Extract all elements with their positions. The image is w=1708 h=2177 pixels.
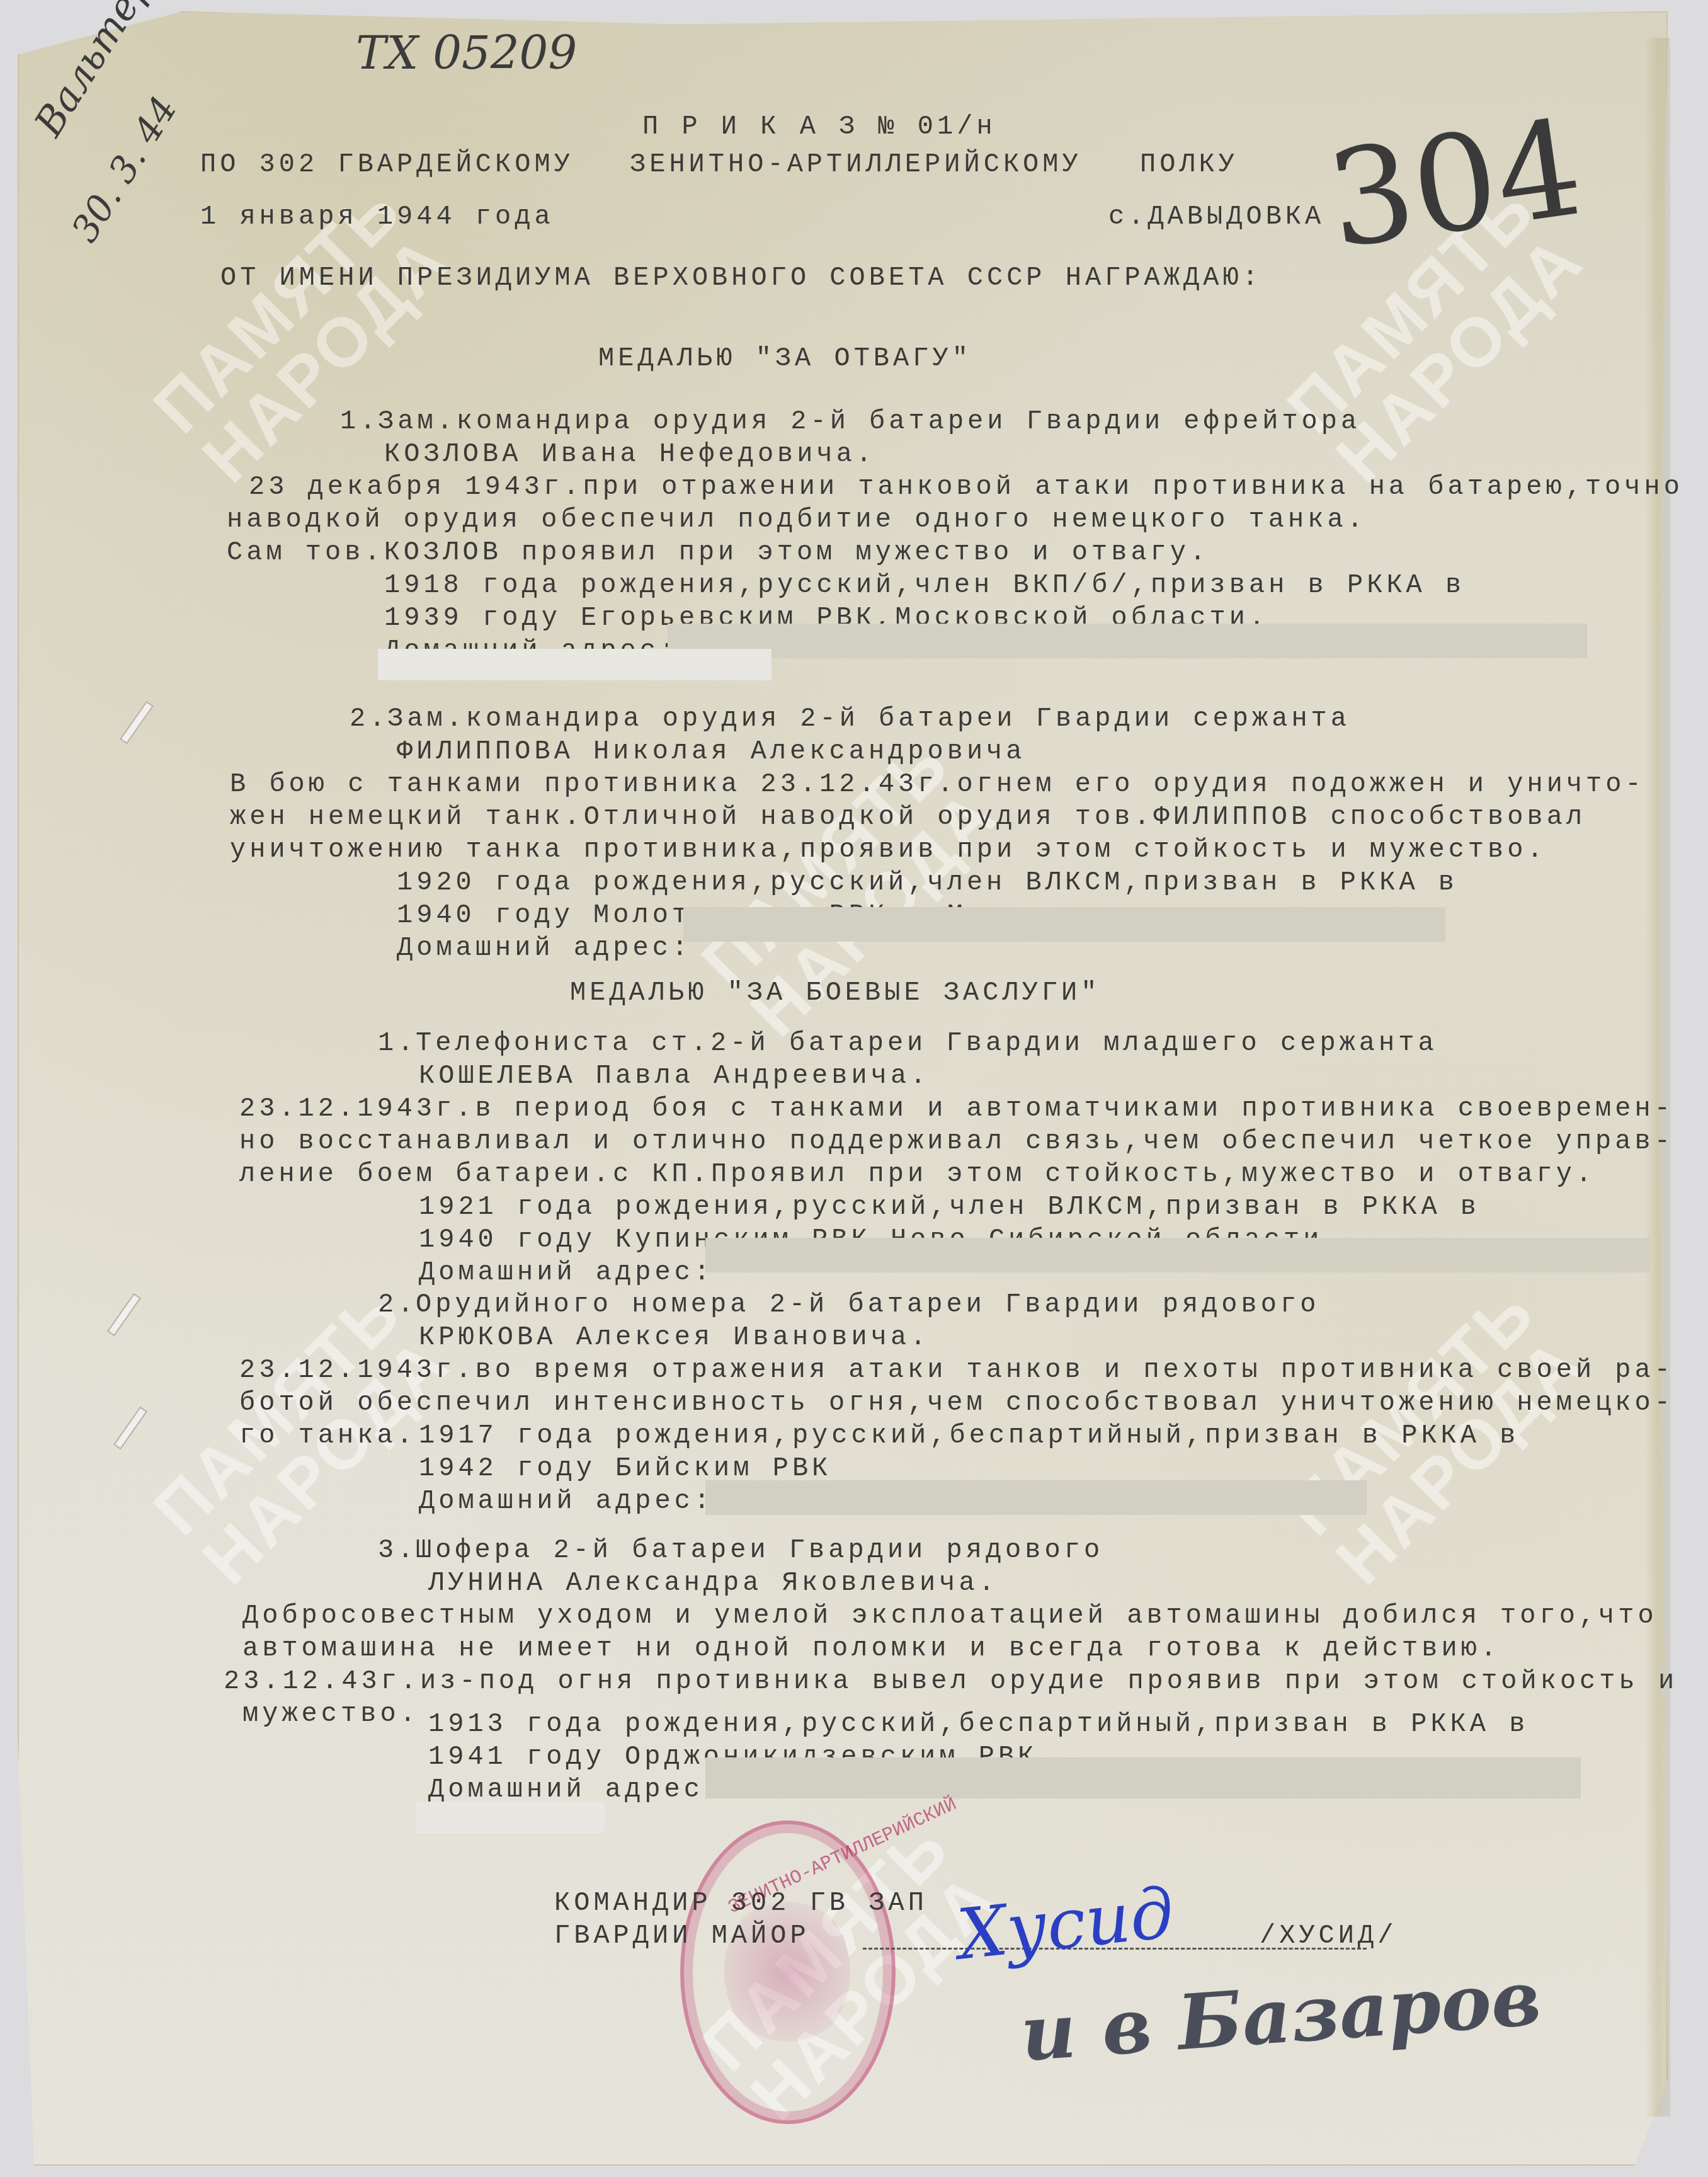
preamble: ОТ ИМЕНИ ПРЕЗИДИУМА ВЕРХОВНОГО СОВЕТА СС… [220,265,1262,291]
awardee-name: КОШЕЛЕВА Павла Андреевича. [419,1063,930,1089]
order-title: П Р И К А З № 01/н [642,113,996,140]
address-label: Домашний адрес: [419,1488,714,1514]
address-label: Домашний адрес: [419,1259,714,1286]
unit-line-mid: ЗЕНИТНО-АРТИЛЛЕРИЙСКОМУ [630,151,1082,178]
citation-line: ление боем батареи.с КП.Проявил при этом… [239,1161,1595,1187]
redacted-address [416,1802,605,1833]
citation-line: 23 декабря 1943г.при отражении танковой … [249,474,1683,500]
bio-line: 1921 года рождения,русский,член ВЛКСМ,пр… [419,1194,1480,1220]
citation-line: 23.12.43г.из-под огня противника вывел о… [224,1668,1678,1694]
citation-line: автомашина не имеет ни одной поломки и в… [242,1635,1500,1662]
awardee-number: 2. [378,1291,417,1318]
unit-line-right: ПОЛКУ [1140,151,1238,178]
signer-rank: ГВАРДИИ МАЙОР [554,1923,810,1949]
awardee-name: КОЗЛОВА Ивана Нефедовича. [384,441,875,467]
citation-line: ботой обеспечил интенсивность огня,чем с… [239,1390,1674,1416]
citation-line: мужество. [242,1701,419,1727]
bio-line: 1918 года рождения,русский,член ВКП/б/,п… [384,572,1465,598]
order-date: 1 января 1944 года [200,203,554,230]
awardee-number: 1. [378,1030,417,1056]
citation-line: Сам тов.КОЗЛОВ проявил при этом мужество… [227,539,1209,566]
awardee-name: ФИЛИППОВА Николая Александровича [397,738,1026,765]
order-place: с.ДАВЫДОВКА [1108,203,1324,230]
citation-line: Добросовестным уходом и умелой эксплоата… [242,1603,1658,1629]
citation-line: 23.12.1943г.в период боя с танками и авт… [239,1095,1674,1122]
awardee-name: КРЮКОВА Алексея Ивановича. [419,1324,930,1351]
redacted-address [683,907,1445,942]
signer-title: КОМАНДИР 302 ГВ ЗАП [554,1890,928,1916]
bio-line: 1920 года рождения,русский,член ВЛКСМ,пр… [397,869,1458,896]
awardee-number: 2. [350,706,389,732]
awardee-position: Зам.командира орудия 2-й батареи Гвардии… [378,408,1360,435]
unit-line-left: ПО 302 ГВАРДЕЙСКОМУ [200,151,574,178]
citation-line: 23.12.1943г.во время отражения атаки тан… [239,1357,1674,1383]
redacted-address [705,1238,1650,1272]
signer-surname: /ХУСИД/ [1260,1923,1397,1949]
redacted-address [668,624,1587,658]
awardee-number: 1. [340,408,379,435]
citation-line: го танка. [239,1422,416,1449]
paper-edge [1645,38,1670,2117]
citation-line: уничтожению танка противника,проявив при… [230,837,1547,863]
address-label: Домашний адрес: [428,1776,723,1803]
citation-line: В бою с танками противника 23.12.43г.огн… [230,771,1645,797]
awardee-name: ЛУНИНА Александра Яковлевича. [428,1570,998,1596]
citation-line: жен немецкий танк.Отличной наводкой оруд… [230,804,1586,830]
citation-line: но восстанавливал и отлично поддерживал … [239,1128,1674,1155]
address-label: Домашний адрес: [397,935,692,961]
stamp-emblem [724,1896,850,2047]
redacted-address [705,1757,1581,1798]
medal-heading: МЕДАЛЬЮ "ЗА БОЕВЫЕ ЗАСЛУГИ" [570,980,1101,1006]
redacted-address [705,1480,1367,1515]
awardee-position: Телефониста ст.2-й батареи Гвардии младш… [416,1030,1438,1056]
bio-line: 1942 году Бийским РВК [419,1455,831,1482]
redacted-address [378,649,771,680]
bio-line: 1913 года рождения,русский,беспартийный,… [428,1711,1529,1737]
awardee-position: Орудийного номера 2-й батареи Гвардии ря… [416,1291,1319,1318]
awardee-number: 3. [378,1537,417,1563]
awardee-position: Зам.командира орудия 2-й батареи Гвардии… [387,706,1350,732]
bio-line: 1917 года рождения,русский,беспартийный,… [419,1422,1519,1449]
archive-number: ТХ 05209 [356,26,577,79]
citation-line: наводкой орудия обеспечил подбитие одног… [227,506,1367,533]
awardee-position: Шофера 2-й батареи Гвардии рядового [416,1537,1103,1563]
medal-heading: МЕДАЛЬЮ "ЗА ОТВАГУ" [598,345,972,372]
